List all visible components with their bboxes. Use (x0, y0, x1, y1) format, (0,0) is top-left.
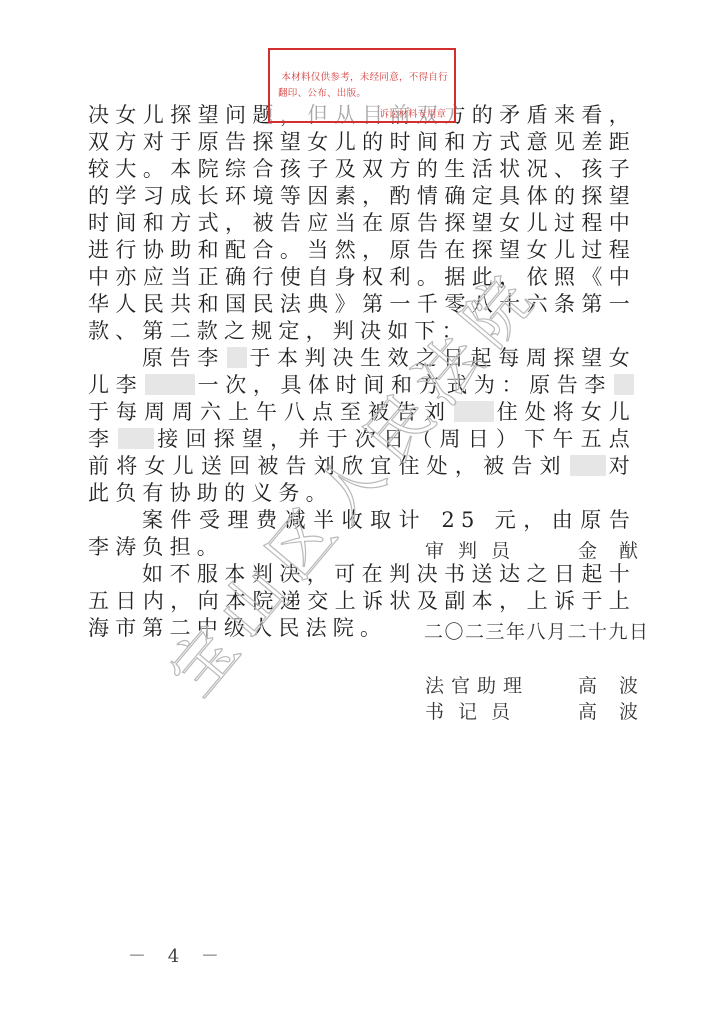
clerk-name: 高波 (578, 697, 660, 724)
redaction-block (145, 374, 195, 395)
clerk-role-label: 书记员 (425, 697, 524, 724)
judge-name: 金猷 (578, 536, 660, 563)
assistant-name: 高波 (578, 671, 660, 698)
redaction-block (227, 347, 247, 368)
stamp-seal-label: 诉讼材料专用章 (379, 106, 446, 120)
reference-only-stamp: 本材料仅供参考，未经同意，不得自行 翻印、公布、出版。 诉讼材料专用章 (268, 48, 456, 123)
ruling-paragraph: 原告李于本判决生效之日起每周探望女儿李一次，具体时间和方式为：原告李于每周周六上… (88, 345, 636, 507)
reasoning-paragraph: 决女儿探望问题，但从目前双方的矛盾来看，双方对于原告探望女儿的时间和方式意见差距… (88, 102, 636, 345)
page-number: － 4 － (128, 942, 227, 968)
stamp-notice-line2: 翻印、公布、出版。 (278, 85, 366, 99)
stamp-notice-line1: 本材料仅供参考，未经同意，不得自行 (281, 69, 448, 83)
ruling-text: 一次，具体时间和方式为：原告李 (197, 373, 612, 397)
redaction-block (454, 401, 494, 422)
ruling-text: 原告李 (142, 346, 225, 370)
ruling-text: 接回探望，并于次日（周日）下午五点前将女儿送回被告刘欣宜住处，被告刘 (88, 427, 636, 478)
judge-role-label: 审判员 (425, 536, 524, 563)
redaction-block (118, 428, 154, 449)
court-fee-paragraph: 案件受理费减半收取计 25 元，由原告李涛负担。 (88, 507, 636, 561)
redaction-block (570, 455, 606, 476)
document-page: 本材料仅供参考，未经同意，不得自行 翻印、公布、出版。 诉讼材料专用章 决女儿探… (0, 0, 724, 1024)
judgment-body: 决女儿探望问题，但从目前双方的矛盾来看，双方对于原告探望女儿的时间和方式意见差距… (88, 102, 636, 642)
redaction-block (614, 374, 634, 395)
ruling-text: 于每周周六上午八点至被告刘 (88, 400, 452, 424)
assistant-role-label: 法官助理 (425, 671, 529, 698)
judgment-date: 二〇二三年八月二十九日 (424, 617, 650, 644)
